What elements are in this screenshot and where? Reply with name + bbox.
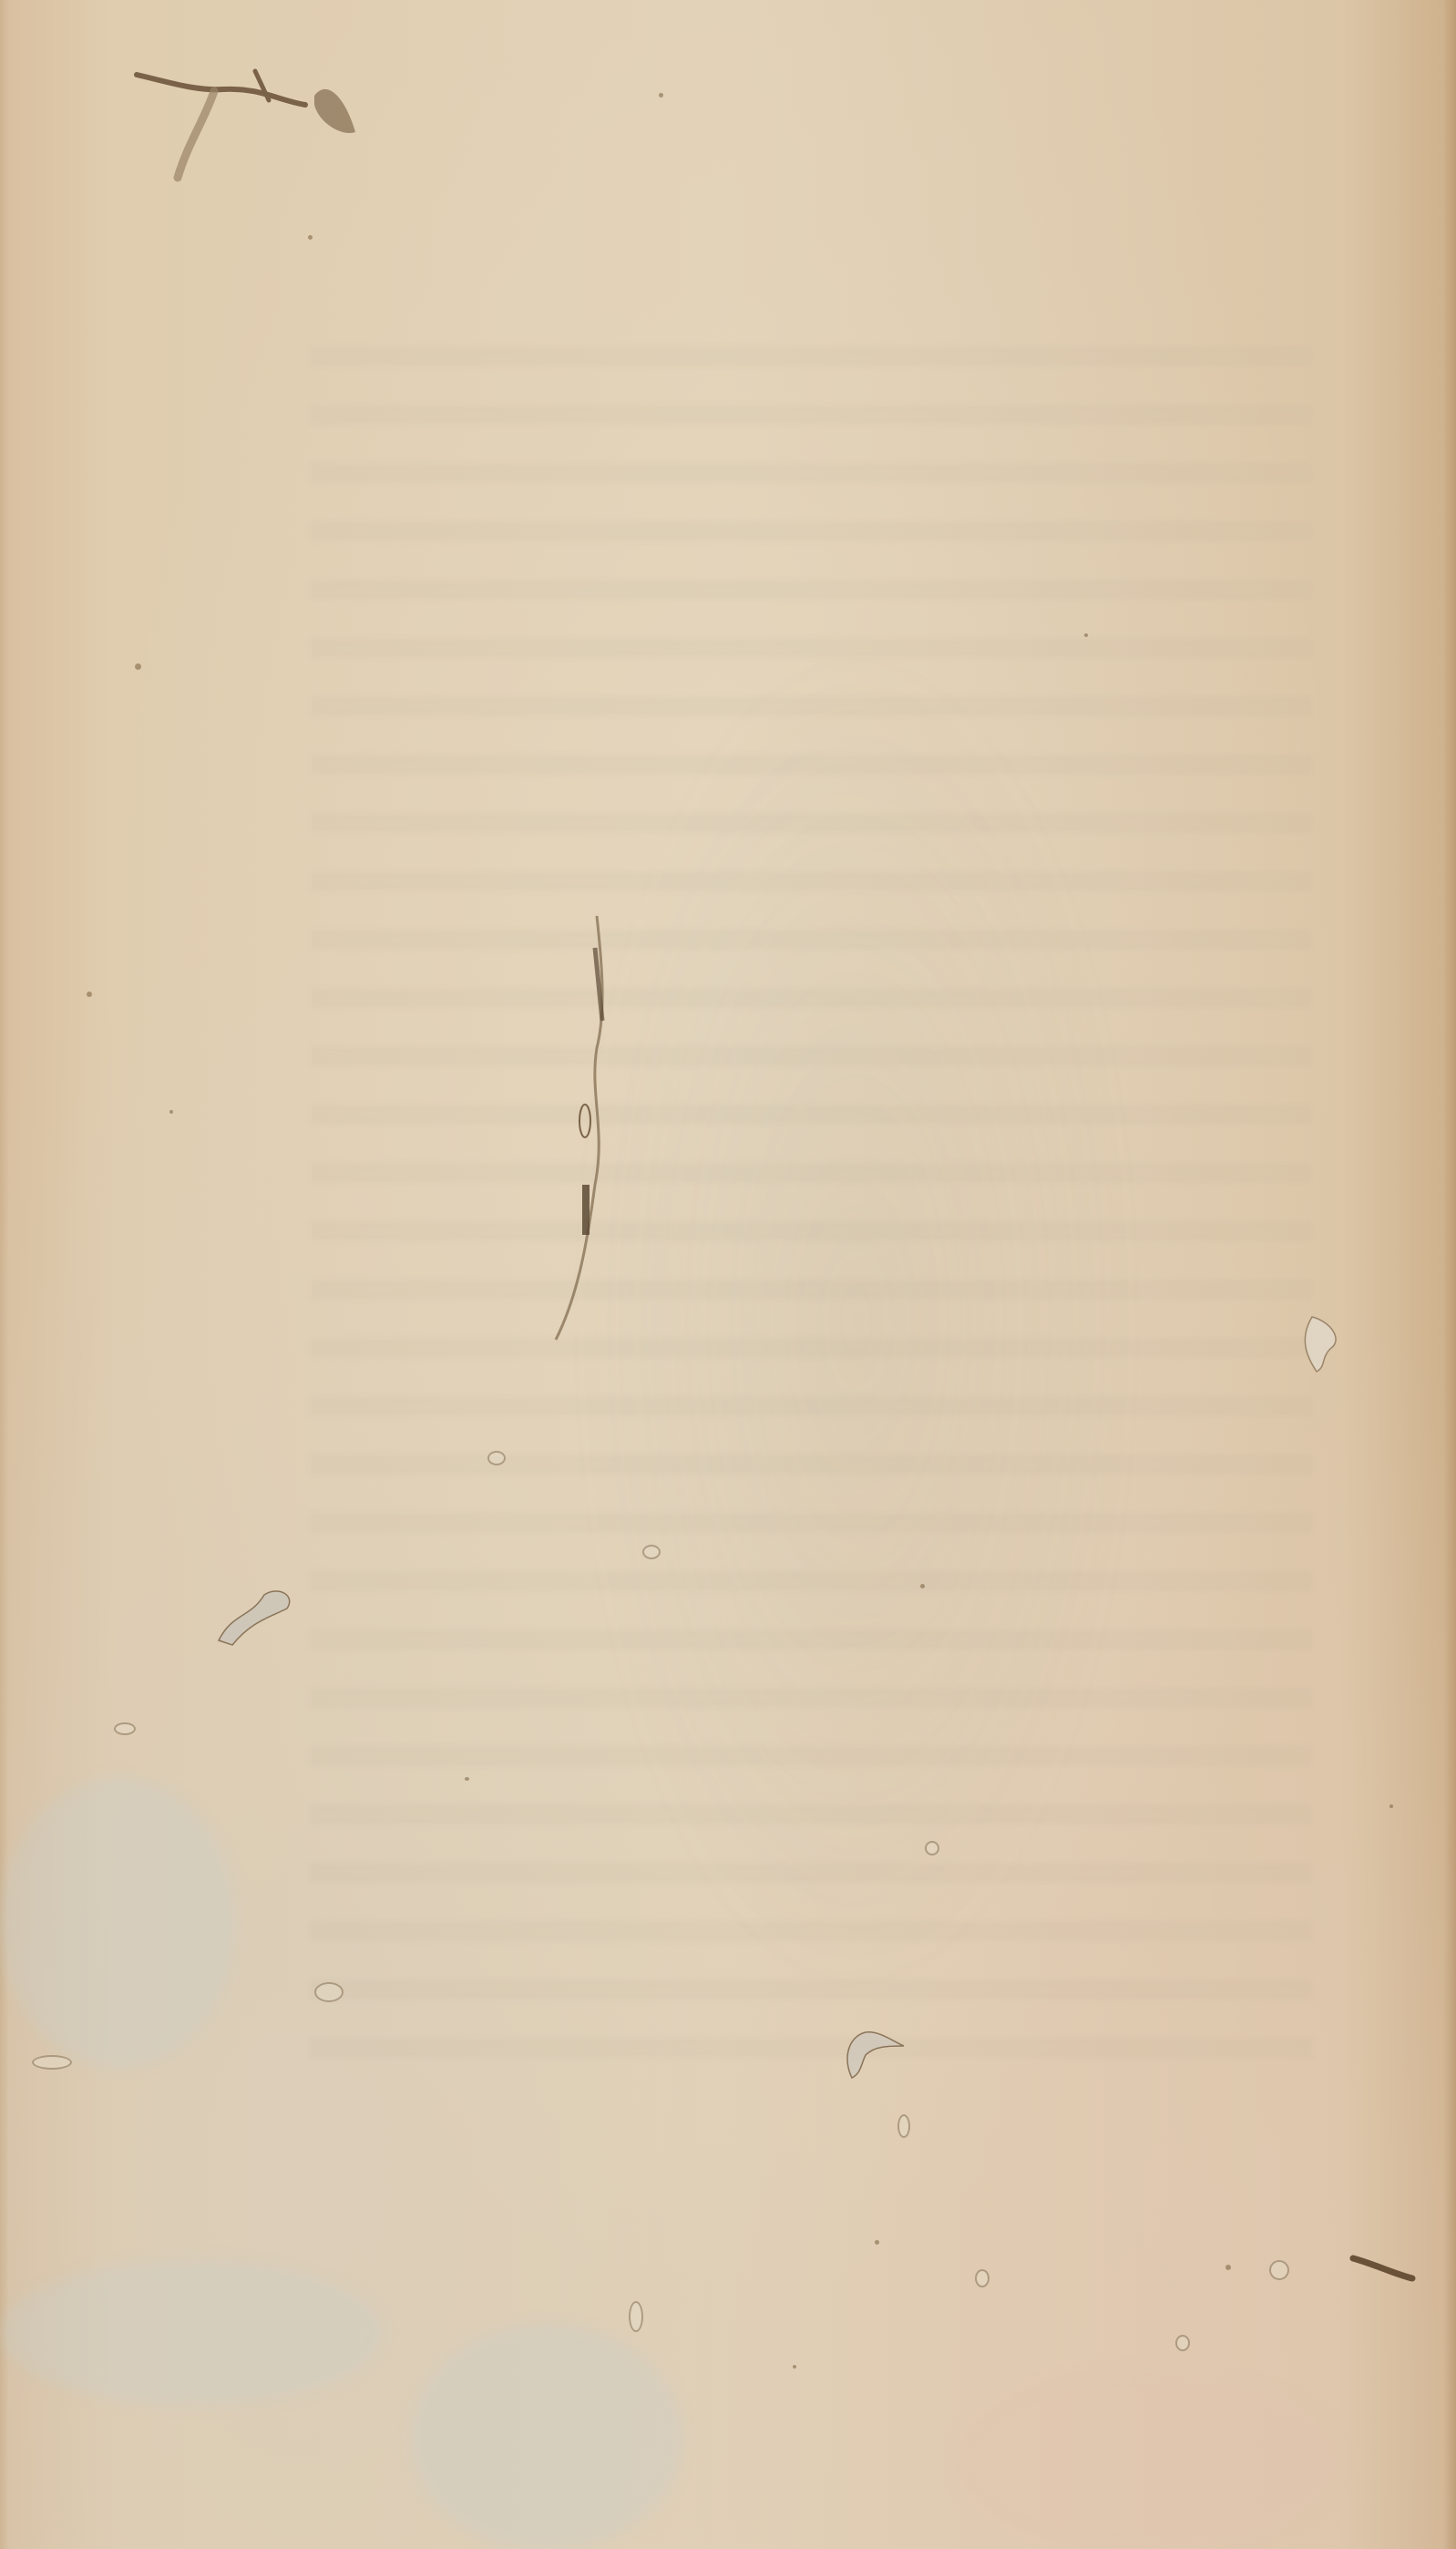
foxing-spot [1269,2260,1289,2280]
foxing-spot [487,1451,506,1465]
fiber-debris-icon [1348,2251,1421,2287]
speck [1225,2265,1231,2270]
fiber-debris-icon [132,64,369,191]
water-stain [0,1777,237,2069]
speck [87,992,92,997]
speck [169,1110,173,1114]
foxing-spot [314,1982,343,2002]
foxing-spot [975,2269,989,2287]
foxing-spot [897,2114,910,2138]
water-mark-icon [214,1577,305,1650]
page-left-edge [0,0,9,2549]
speck [659,93,663,98]
water-mark-icon [838,2023,911,2087]
foxing-spot [1175,2335,1190,2351]
blank-book-page [0,0,1456,2549]
speck [1084,633,1088,637]
foxing-spot [925,1841,939,1855]
page-right-edge [1443,0,1456,2549]
speck [793,2365,796,2369]
speck [1389,1804,1393,1808]
speck [875,2240,879,2245]
speck [135,663,141,670]
water-stain [957,2369,1339,2549]
fiber-debris-icon [1294,1312,1348,1376]
foxing-spot [642,1545,661,1559]
speck [308,235,313,240]
show-through-figure [565,638,1148,2005]
foxing-spot [629,2301,643,2332]
water-stain [410,2324,683,2549]
fiber-debris-icon [542,911,624,1349]
speck [920,1584,925,1588]
foxing-spot [32,2055,72,2070]
foxing-spot [114,1722,136,1735]
water-stain [0,2260,383,2406]
speck [465,1777,469,1781]
